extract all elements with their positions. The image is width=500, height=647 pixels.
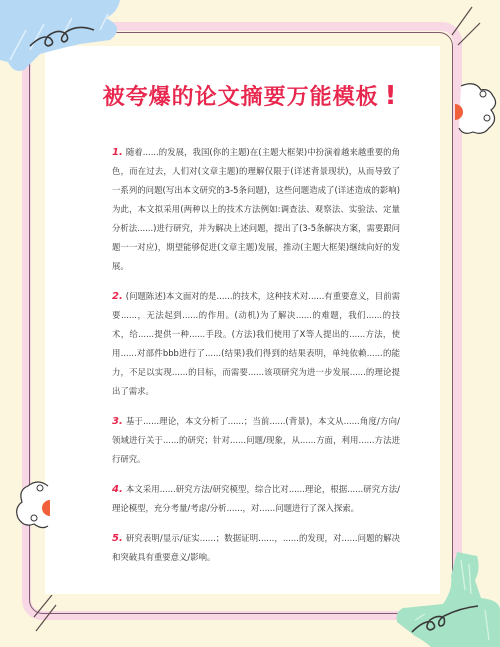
- paragraph-number: 2.: [112, 291, 123, 302]
- template-paragraph-1: 1.随着......的发展，我国(你的主题)在(主题大框架)中扮演着越来越重要的…: [112, 143, 400, 276]
- template-paragraph-2: 2.(问题陈述)本文面对的是......的技术，这种技术对......有重要意义…: [112, 287, 400, 401]
- exclamation-icon: !: [385, 81, 398, 111]
- double-slash-icon: [450, 5, 490, 50]
- title-text: 被夸爆的论文摘要万能模板: [103, 85, 379, 110]
- paragraph-number: 1.: [112, 147, 123, 158]
- paragraph-number: 5.: [112, 533, 123, 544]
- template-paragraph-4: 4.本文采用......研究方法/研究模型，综合比对......理论，根据...…: [112, 480, 400, 518]
- page-title: 被夸爆的论文摘要万能模板!: [45, 80, 455, 111]
- paragraph-number: 3.: [112, 416, 123, 427]
- curly-squiggle-icon: [28, 22, 98, 52]
- template-content: 1.随着......的发展，我国(你的主题)在(主题大框架)中扮演着越来越重要的…: [112, 143, 400, 578]
- template-paragraph-5: 5.研究表明/显示/证实......；数据证明......，......的发现，…: [112, 529, 400, 567]
- template-paragraph-3: 3.基于......理论，本文分析了......；当前......(背景)，本文…: [112, 412, 400, 469]
- paragraph-number: 4.: [112, 484, 123, 495]
- paragraph-text: 研究表明/显示/证实......；数据证明......，......的发现，对.…: [112, 533, 400, 562]
- paragraph-text: (问题陈述)本文面对的是......的技术，这种技术对......有重要意义，目…: [112, 291, 400, 396]
- white-flower-icon: [12, 478, 50, 533]
- paragraph-text: 随着......的发展，我国(你的主题)在(主题大框架)中扮演着越来越重要的角色…: [112, 147, 400, 271]
- double-slash-icon: [32, 595, 62, 635]
- paragraph-text: 本文采用......研究方法/研究模型，综合比对......理论，根据.....…: [112, 484, 400, 513]
- white-flower-icon: [455, 80, 500, 140]
- curly-squiggle-icon: [410, 604, 480, 636]
- paragraph-text: 基于......理论，本文分析了......；当前......(背景)，本文从.…: [112, 416, 400, 464]
